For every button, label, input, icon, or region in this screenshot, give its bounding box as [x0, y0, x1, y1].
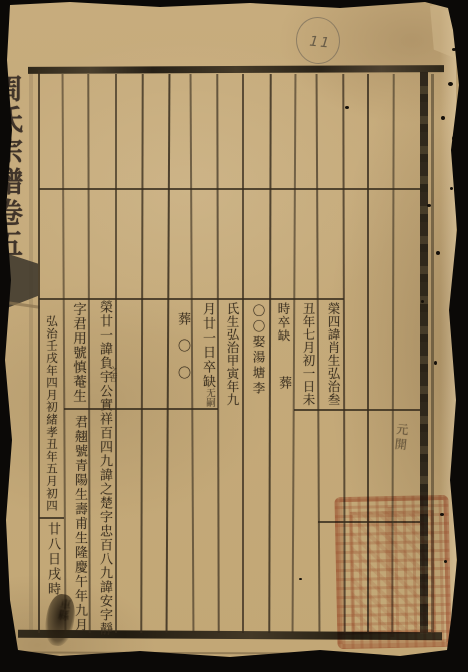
- margin-note: 元開: [391, 422, 411, 454]
- row-rule: [39, 517, 64, 519]
- worm-hole: [441, 116, 445, 120]
- entry-column: 榮廿一諱負宇公實祥百四九諱之楚字忠百八九諱安字靜: [95, 300, 114, 636]
- page-number-annotation: 11: [309, 34, 332, 52]
- entry-column: 字君用號慎菴生: [68, 302, 88, 404]
- worm-hole: [345, 106, 349, 109]
- spine-title: 周氏宗譜卷五: [0, 74, 27, 260]
- row-rule: [64, 408, 218, 410]
- red-seal-stamp: [334, 495, 451, 649]
- worm-hole: [421, 300, 424, 303]
- entry-column: 廿八日戌時: [43, 522, 62, 597]
- interlinear-note: 之吉: [108, 366, 119, 382]
- entry-column: 〇〇娶湯塘李: [249, 304, 267, 397]
- grid-top-border: [28, 65, 444, 74]
- worm-hole: [427, 204, 431, 207]
- worm-hole: [444, 560, 447, 563]
- entry-column: 時卒缺: [274, 302, 292, 343]
- entry-column: 丑年七月初一日未: [299, 302, 317, 406]
- worm-hole: [452, 48, 456, 51]
- worm-hole: [434, 361, 437, 365]
- worm-hole: [440, 513, 444, 516]
- worm-hole: [450, 187, 453, 190]
- column-rule: [217, 74, 220, 633]
- column-rule: [62, 74, 66, 633]
- column-rule: [269, 74, 272, 633]
- ink-smudge: 車縣: [42, 592, 78, 648]
- column-rule: [166, 74, 170, 633]
- grid-left-border: [38, 70, 40, 633]
- page-number-circle-annotation: 11: [293, 14, 343, 67]
- entry-column: 氏生弘治甲寅年九: [223, 302, 241, 406]
- column-rule: [242, 74, 244, 633]
- entry-column: 弘治壬戌年四月初緒孝丑年五月初四: [44, 315, 60, 512]
- row-rule: [294, 409, 420, 411]
- worm-hole: [436, 251, 440, 255]
- column-rule: [141, 74, 144, 633]
- smudged-characters: 車縣: [54, 597, 73, 621]
- worm-hole: [448, 82, 453, 86]
- entry-column: 榮四諱肖生弘治叁: [324, 302, 342, 406]
- worm-hole: [299, 578, 302, 580]
- manuscript-page: 周氏宗譜卷五 11 榮四諱肖生弘治叁 丑年七月初一日未 時卒缺 葬 〇〇娶湯塘李…: [0, 0, 468, 672]
- row-rule: [39, 298, 344, 300]
- entry-column: 月廿一日卒缺: [198, 302, 217, 389]
- photo-backdrop: 周氏宗譜卷五 11 榮四諱肖生弘治叁 丑年七月初一日未 時卒缺 葬 〇〇娶湯塘李…: [0, 0, 468, 672]
- torn-corner-flap: [430, 0, 468, 62]
- entry-column: 葬: [274, 376, 293, 389]
- column-rule: [115, 74, 117, 633]
- under-page-edge: [12, 651, 342, 654]
- page-gutter-shadow: [29, 70, 33, 635]
- entry-note: 无嗣: [202, 388, 216, 407]
- entry-column: 葬〇〇: [173, 312, 192, 393]
- column-rule: [292, 74, 296, 633]
- worm-hole: [452, 136, 455, 141]
- row-rule: [39, 188, 420, 190]
